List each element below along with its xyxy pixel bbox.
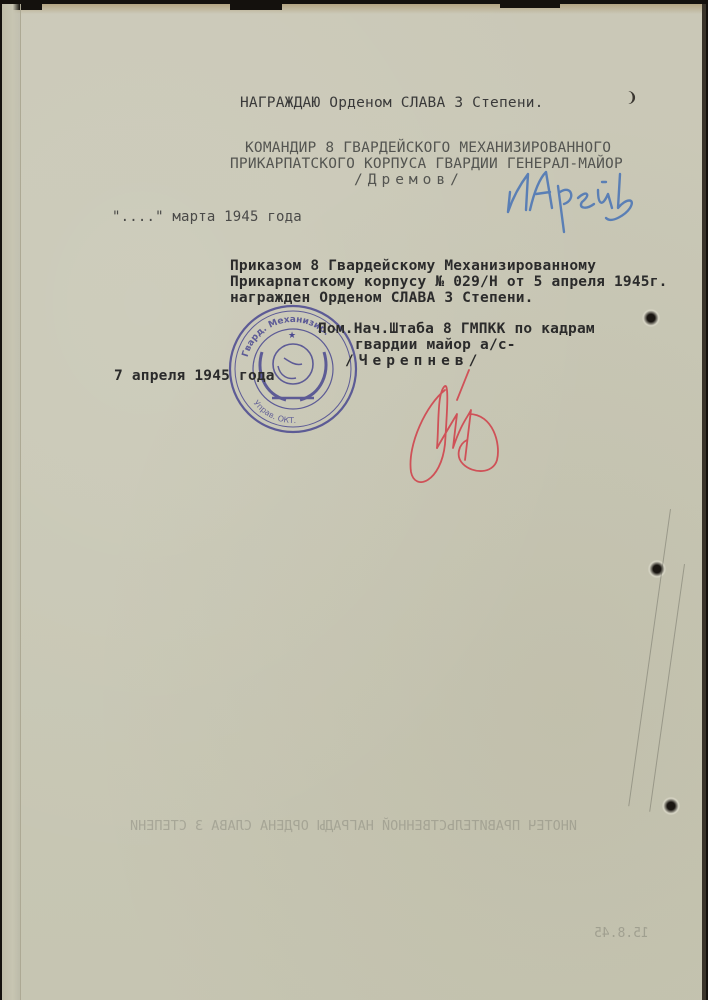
first-date: "...." марта 1945 года — [112, 209, 302, 225]
punch-hole — [642, 309, 660, 327]
svg-text:★: ★ — [288, 330, 296, 340]
blue-signature-icon — [502, 164, 652, 234]
award-line: НАГРАЖДАЮ Орденом СЛАВА 3 Степени. — [240, 95, 544, 111]
order-line-1: Приказом 8 Гвардейскому Механизированном… — [230, 258, 596, 274]
commander-line-1: КОМАНДИР 8 ГВАРДЕЙСКОГО МЕХАНИЗИРОВАННОГ… — [245, 140, 611, 156]
pencil-line — [649, 564, 685, 812]
ink-mark: ❩ — [626, 90, 638, 106]
right-edge — [702, 4, 706, 1000]
assistant-line-2: гвардии майор а/с- — [355, 337, 516, 353]
bleed-through-number: 15.8.45 — [594, 926, 649, 941]
left-fold — [2, 4, 21, 1000]
commander-name: /Дремов/ — [354, 172, 464, 188]
document-page: ❩ НАГРАЖДАЮ Орденом СЛАВА 3 Степени. КОМ… — [2, 4, 706, 1000]
paper-tear — [500, 4, 560, 8]
bleed-through-text: ИНОТЕЧ ПРАВИТЕЛЬСТВЕННОЙ НАГРАДЫ ОРДЕНА … — [130, 818, 577, 834]
pencil-line — [628, 509, 671, 806]
order-line-2: Прикарпатскому корпусу № 029/Н от 5 апре… — [230, 274, 668, 290]
paper-top-edge — [2, 4, 706, 14]
punch-hole — [662, 797, 680, 815]
second-date: 7 апреля 1945 года — [114, 368, 275, 384]
assistant-line-1: Пом.Нач.Штаба 8 ГМПКК по кадрам — [318, 321, 595, 337]
red-signature-icon — [397, 364, 512, 489]
paper-tear — [230, 4, 282, 10]
